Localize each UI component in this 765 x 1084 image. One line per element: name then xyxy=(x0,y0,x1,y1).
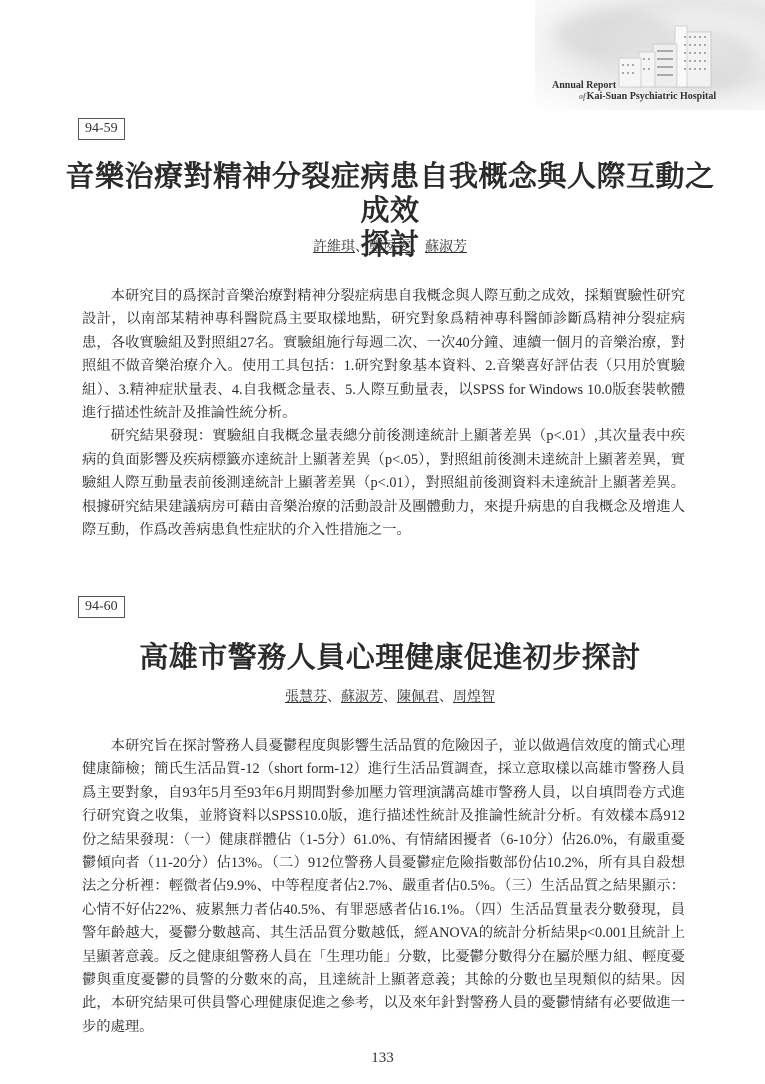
author-separator: 、 xyxy=(327,690,341,705)
author-name: 蘇淑芳 xyxy=(425,240,467,255)
article-id-badge: 94-60 xyxy=(78,596,125,618)
article-abstract: 本研究目的爲探討音樂治療對精神分裂症病患自我概念與人際互動之成效，採類實驗性研究… xyxy=(82,285,685,542)
hospital-name: Kai-Suan Psychiatric Hospital xyxy=(587,91,716,102)
author-name: 陳佩君 xyxy=(397,690,439,705)
author-name: 周煌智 xyxy=(453,690,495,705)
page-number: 133 xyxy=(0,1050,765,1067)
author-name: 鄭夙雯 xyxy=(369,240,411,255)
author-separator: 、 xyxy=(439,690,453,705)
hospital-building-icon xyxy=(613,18,713,88)
abstract-paragraph: 本研究旨在探討警務人員憂鬱程度與影響生活品質的危險因子，並以做過信效度的簡式心理… xyxy=(82,735,685,1039)
author-separator: 、 xyxy=(355,240,369,255)
of-glyph: of xyxy=(579,92,586,101)
article-id-badge: 94-59 xyxy=(78,118,125,140)
article-title-line: 高雄市警務人員心理健康促進初步探討 xyxy=(60,641,720,675)
article-abstract: 本研究旨在探討警務人員憂鬱程度與影響生活品質的危險因子，並以做過信效度的簡式心理… xyxy=(82,735,685,1039)
hospital-name-label: ofKai-Suan Psychiatric Hospital xyxy=(579,91,716,102)
author-name: 蘇淑芳 xyxy=(341,690,383,705)
author-separator: 、 xyxy=(411,240,425,255)
article-authors: 許維琪、鄭夙雯、蘇淑芳 xyxy=(60,236,720,256)
author-name: 許維琪 xyxy=(313,240,355,255)
abstract-paragraph: 本研究目的爲探討音樂治療對精神分裂症病患自我概念與人際互動之成效，採類實驗性研究… xyxy=(82,285,685,425)
article-title: 高雄市警務人員心理健康促進初步探討 xyxy=(60,641,720,675)
article-authors: 張慧芬、蘇淑芳、陳佩君、周煌智 xyxy=(60,686,720,706)
article-title-line: 音樂治療對精神分裂症病患自我概念與人際互動之成效 xyxy=(60,160,720,228)
abstract-paragraph: 研究結果發現：實驗組自我概念量表總分前後測達統計上顯著差異（p<.01）,其次量… xyxy=(82,425,685,542)
annual-report-header: Annual Report ofKai-Suan Psychiatric Hos… xyxy=(535,0,765,110)
author-name: 張慧芬 xyxy=(285,690,327,705)
author-separator: 、 xyxy=(383,690,397,705)
annual-report-label: Annual Report xyxy=(552,80,616,91)
